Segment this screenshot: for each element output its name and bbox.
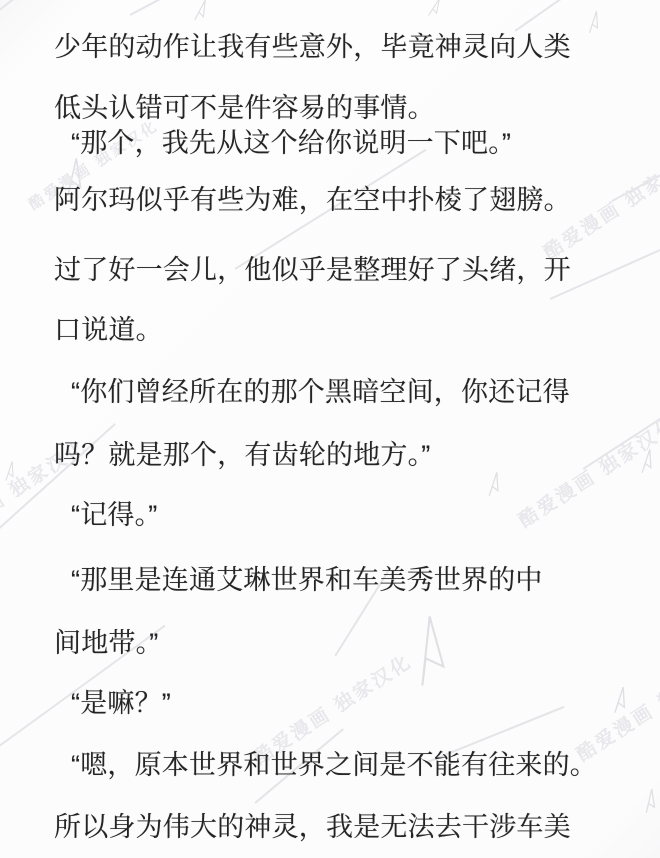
text-line: “记得。” [71,498,157,532]
text-line: “你们曾经所在的那个黑暗空间，你还记得 [71,375,570,409]
text-line: 低头认错可不是件容易的事情。 [54,91,435,125]
text-line: 过了好一会儿，他似乎是整理好了头绪，开 [54,253,571,287]
text-line: 吗？就是那个，有齿轮的地方。” [54,438,431,472]
text-line: 所以身为伟大的神灵，我是无法去干涉车美 [54,810,571,844]
text-line: “那里是连通艾琳世界和车美秀世界的中 [71,563,543,597]
text-line: 阿尔玛似乎有些为难，在空中扑棱了翅膀。 [54,183,571,217]
novel-text-block: 少年的动作让我有些意外，毕竟神灵向人类 低头认错可不是件容易的事情。 “那个，我… [0,0,660,858]
text-line: 少年的动作让我有些意外，毕竟神灵向人类 [54,30,571,64]
text-line: “那个，我先从这个给你说明一下吧。” [71,126,511,160]
text-line: “嗯，原本世界和世界之间是不能有往来的。 [71,748,597,782]
text-line: 间地带。” [54,626,159,660]
text-line: “是嘛？” [71,686,171,720]
text-line: 口说道。 [54,313,163,347]
